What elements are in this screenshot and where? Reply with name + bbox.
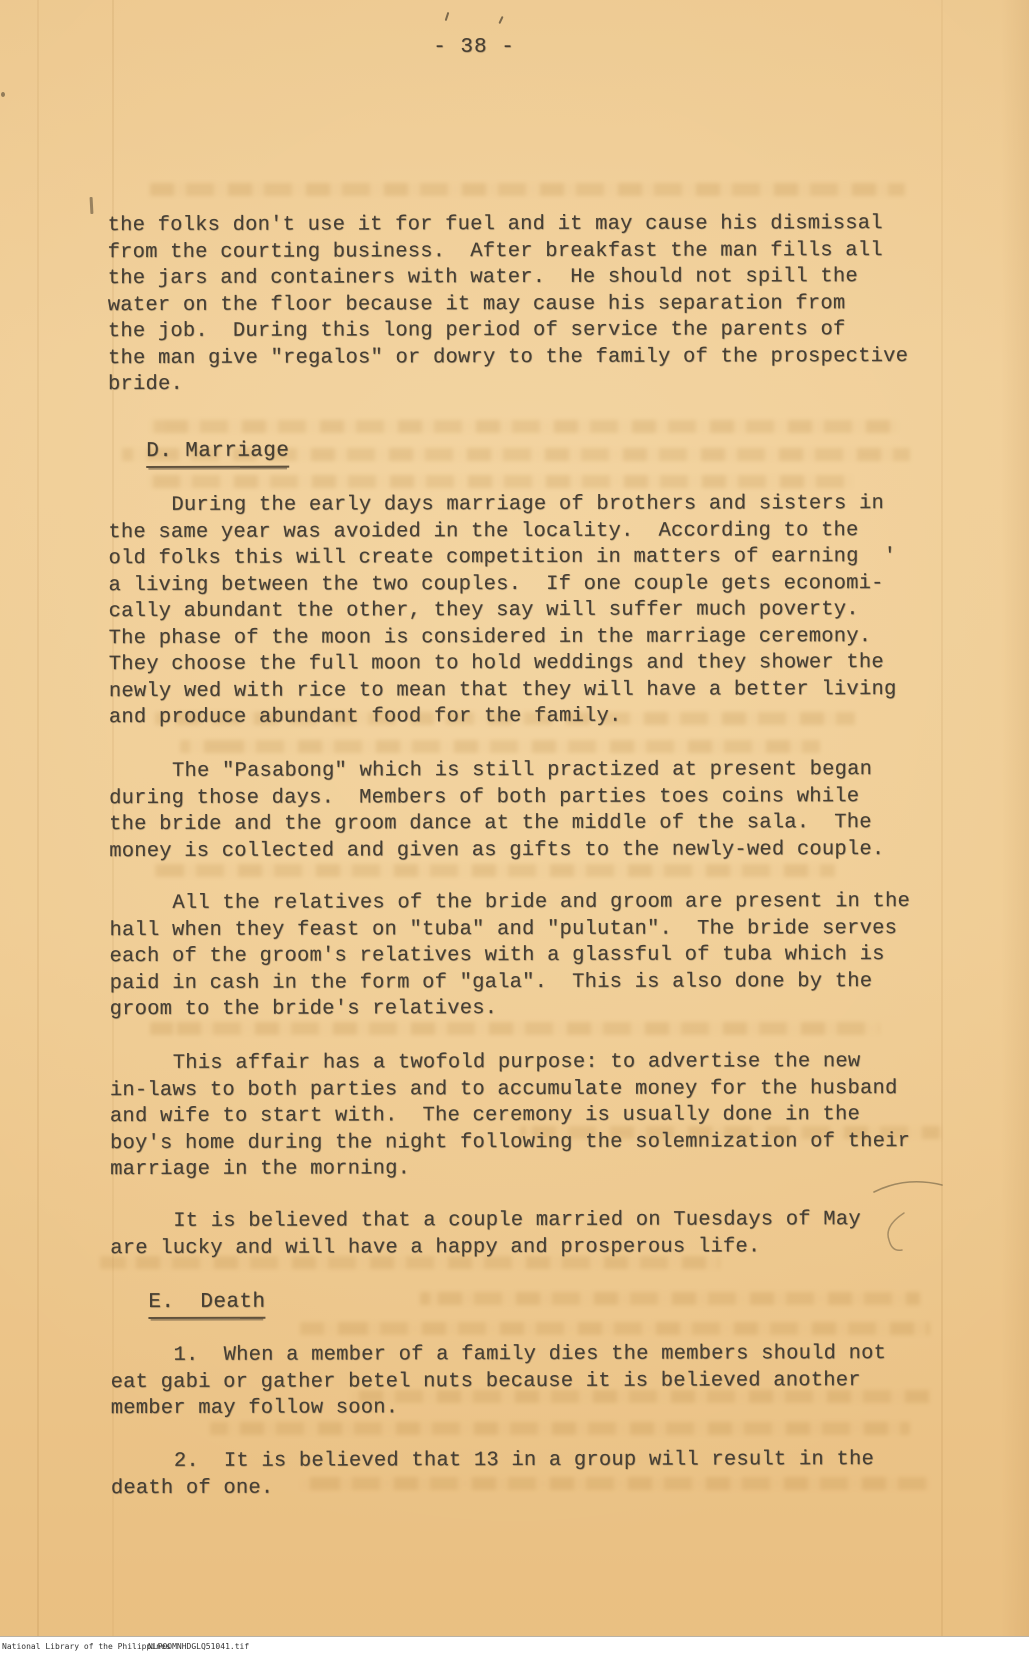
- text-line: During the early days marriage of brothe…: [108, 491, 948, 520]
- section-heading: E. Death: [148, 1287, 988, 1319]
- text-line: newly wed with rice to mean that they wi…: [109, 676, 949, 705]
- section-heading: D. Marriage: [146, 436, 986, 468]
- scanned-document-page: - 38 - the folks don't use it for fuel a…: [0, 0, 1029, 1658]
- text-line: from the courting business. After breakf…: [108, 237, 948, 266]
- text-line: The "Pasabong" which is still practized …: [109, 757, 949, 786]
- text-line: money is collected and given as gifts to…: [109, 836, 949, 865]
- text-line: bride.: [108, 370, 948, 399]
- text-line: each of the groom's relatives with a gla…: [109, 942, 949, 971]
- text-line: eat gabi or gather betel nuts because it…: [111, 1367, 951, 1396]
- text-line: water on the floor because it may cause …: [108, 290, 948, 319]
- ink-speck: [1, 92, 5, 97]
- text-line: hall when they feast on "tuba" and "pulu…: [109, 915, 949, 944]
- scan-footer-bar: National Library of the Philippines NLPO…: [0, 1636, 1029, 1658]
- text-line: the bride and the groom dance at the mid…: [109, 810, 949, 839]
- paper-edge-shadow: [1001, 0, 1029, 1636]
- bleed-through-line: [300, 1322, 930, 1335]
- text-line: The phase of the moon is considered in t…: [109, 623, 949, 652]
- paragraph: This affair has a twofold purpose: to ad…: [110, 1049, 950, 1184]
- text-line: the folks don't use it for fuel and it m…: [108, 211, 948, 240]
- ink-speck: [90, 197, 94, 214]
- text-line: member may follow soon.: [111, 1394, 951, 1423]
- text-line: in-laws to both parties and to accumulat…: [110, 1075, 950, 1104]
- page-number: - 38 -: [404, 36, 544, 59]
- paragraph: the folks don't use it for fuel and it m…: [108, 211, 948, 399]
- text-line: and produce abundant food for the family…: [109, 703, 949, 732]
- text-line: and wife to start with. The ceremony is …: [110, 1102, 950, 1131]
- document-body: the folks don't use it for fuel and it m…: [107, 0, 947, 1]
- text-line: boy's home during the night following th…: [110, 1128, 950, 1157]
- text-line: They choose the full moon to hold weddin…: [109, 650, 949, 679]
- text-line: the jars and containers with water. He s…: [108, 264, 948, 293]
- ink-speck: [445, 12, 450, 21]
- text-line: This affair has a twofold purpose: to ad…: [110, 1049, 950, 1078]
- bleed-through-line: [150, 1022, 880, 1035]
- footer-filename: NLPOOMNHDGLQ51041.tif: [148, 1637, 249, 1657]
- paragraph: It is believed that a couple married on …: [110, 1207, 950, 1262]
- paper-fold-line: [37, 0, 39, 1636]
- text-line: the same year was avoided in the localit…: [108, 517, 948, 546]
- text-line: the job. During this long period of serv…: [108, 317, 948, 346]
- bleed-through-line: [150, 183, 905, 196]
- text-line: All the relatives of the bride and groom…: [109, 889, 949, 918]
- bleed-through-line: [148, 475, 853, 488]
- text-line: old folks this will create competition i…: [108, 544, 948, 573]
- text-line: are lucky and will have a happy and pros…: [110, 1233, 950, 1262]
- text-line: cally abundant the other, they say will …: [109, 597, 949, 626]
- bleed-through-line: [155, 864, 835, 877]
- paragraph: 2. It is believed that 13 in a group wil…: [111, 1447, 951, 1502]
- section-heading-text: E. Death: [148, 1289, 265, 1319]
- paragraph: 1. When a member of a family dies the me…: [111, 1341, 951, 1423]
- bleed-through-line: [210, 1422, 910, 1435]
- text-line: It is believed that a couple married on …: [110, 1207, 950, 1236]
- footer-library-label: National Library of the Philippines: [2, 1637, 171, 1657]
- bleed-through-line: [180, 740, 820, 753]
- text-line: marriage in the morning.: [110, 1155, 950, 1184]
- ink-speck: [498, 16, 503, 24]
- section-heading-text: D. Marriage: [146, 438, 289, 468]
- paragraph: All the relatives of the bride and groom…: [109, 889, 949, 1024]
- paragraph: The "Pasabong" which is still practized …: [109, 757, 949, 865]
- paragraph: During the early days marriage of brothe…: [108, 491, 949, 732]
- text-line: during those days. Members of both parti…: [109, 783, 949, 812]
- text-line: 2. It is believed that 13 in a group wil…: [111, 1447, 951, 1476]
- text-line: the man give "regalos" or dowry to the f…: [108, 343, 948, 372]
- text-line: death of one.: [111, 1473, 951, 1502]
- text-line: paid in cash in the form of "gala". This…: [110, 968, 950, 997]
- text-line: 1. When a member of a family dies the me…: [111, 1341, 951, 1370]
- text-line: groom to the bride's relatives.: [110, 995, 950, 1024]
- bleed-through-line: [150, 420, 898, 433]
- text-line: a living between the two couples. If one…: [108, 570, 948, 599]
